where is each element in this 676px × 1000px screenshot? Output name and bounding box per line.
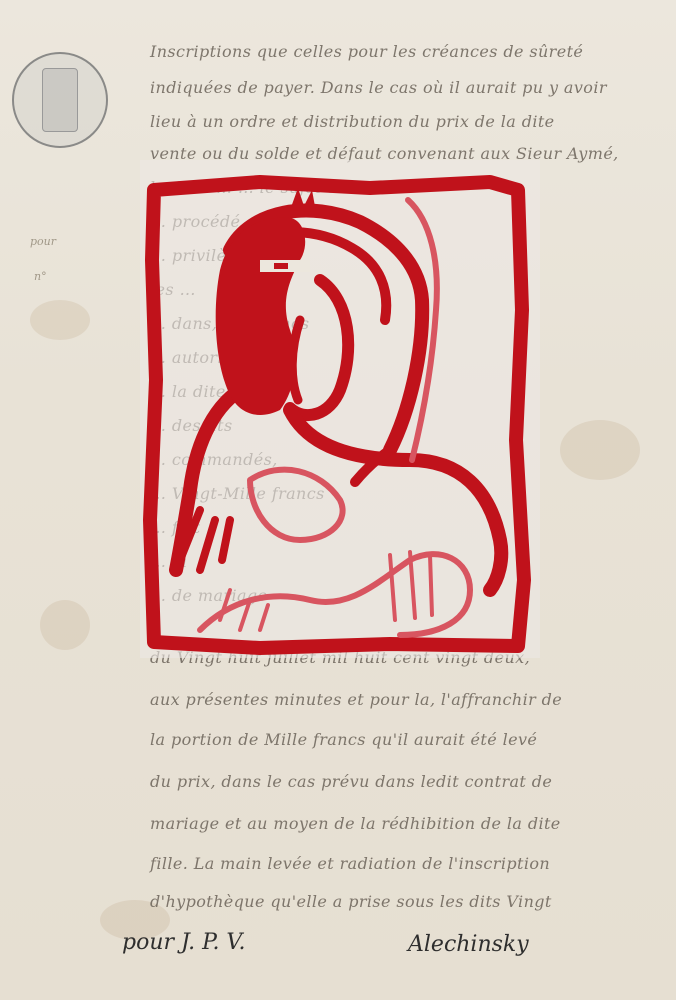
paper-stain [30,300,90,340]
paper-stain [560,420,640,480]
manuscript-line: du prix, dans le cas prévu dans ledit co… [150,772,552,791]
dedication-inscription: pour J. P. V. [122,930,245,955]
manuscript-line: d'hypothèque qu'elle a prise sous les di… [150,892,552,911]
manuscript-line: fille. La main levée et radiation de l'i… [150,854,550,873]
manuscript-line: indiquées de payer. Dans le cas où il au… [150,78,607,97]
embossed-seal-icon [12,52,108,148]
manuscript-sheet: pour n° Inscriptions que celles pour les… [0,0,676,1000]
margin-note: pour [30,235,56,248]
red-ink-figure-drawing [140,160,540,660]
manuscript-line: mariage et au moyen de la rédhibition de… [150,814,561,833]
manuscript-line: aux présentes minutes et pour la, l'affr… [150,690,562,709]
manuscript-line: Inscriptions que celles pour les créance… [150,42,583,61]
manuscript-line: la portion de Mille francs qu'il aurait … [150,730,537,749]
margin-note: n° [34,270,47,283]
manuscript-line: lieu à un ordre et distribution du prix … [150,112,555,131]
paper-stain [40,600,90,650]
artist-signature: Alechinsky [408,932,529,957]
